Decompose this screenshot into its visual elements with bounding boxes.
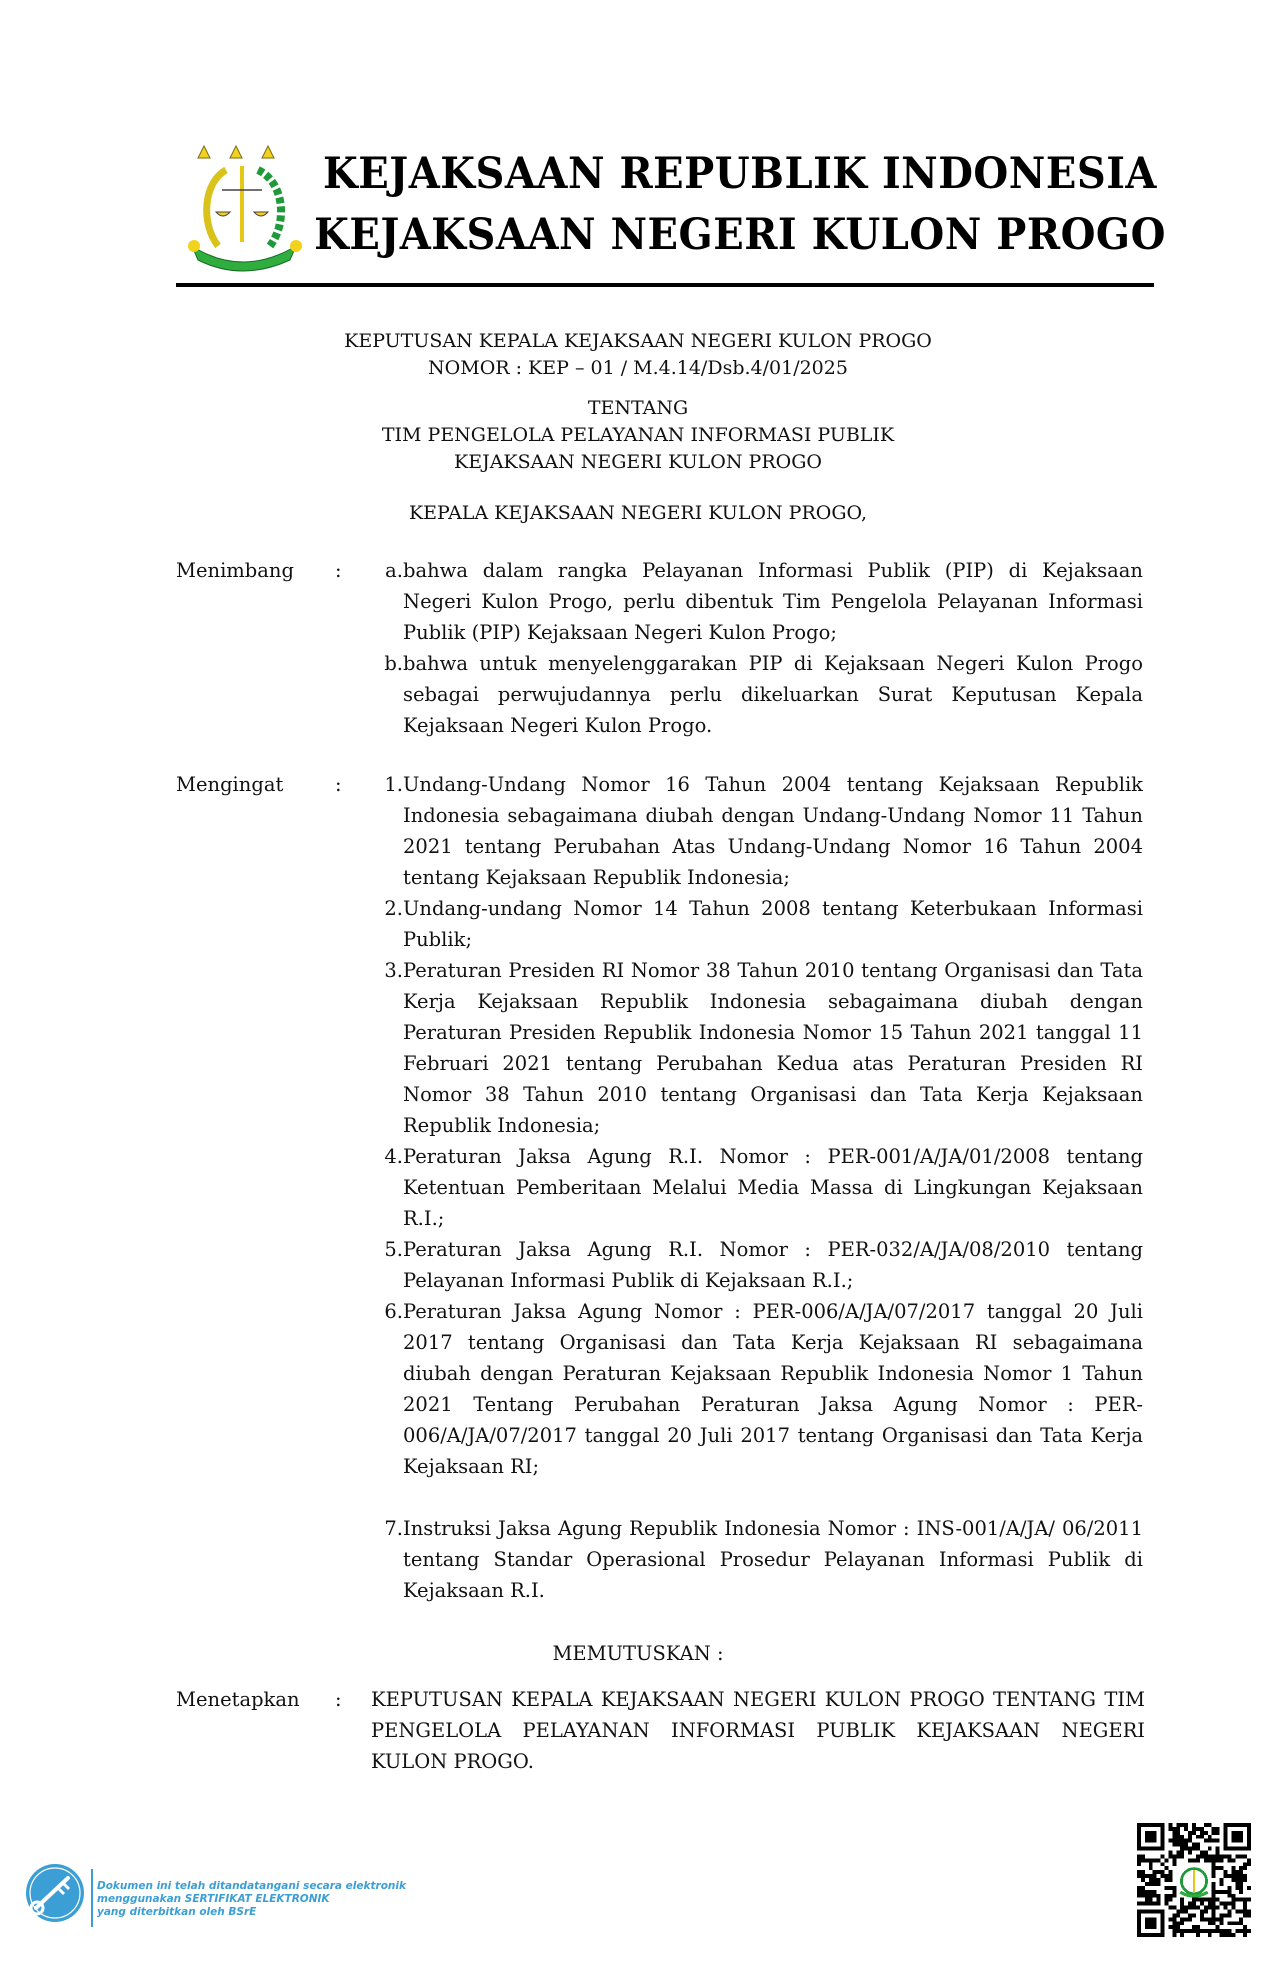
item-marker: 5. <box>367 1234 403 1265</box>
key-seal-icon <box>24 1862 86 1924</box>
esign-line-2: menggunakan SERTIFIKAT ELEKTRONIK <box>97 1893 406 1906</box>
item-text: Peraturan Jaksa Agung Nomor : PER-006/A/… <box>403 1296 1143 1482</box>
esign-line-3: yang diterbitkan oleh BSrE <box>97 1906 406 1919</box>
decree-issuer: KEPALA KEJAKSAAN NEGERI KULON PROGO, <box>0 500 1276 527</box>
esign-line-1: Dokumen ini telah ditandatangani secara … <box>97 1880 406 1893</box>
letterhead-divider <box>176 283 1154 287</box>
item-marker: b. <box>367 648 403 679</box>
letterhead-line-1: KEJAKSAAN REPUBLIK INDONESIA <box>300 148 1180 199</box>
item-text: bahwa untuk menyelenggarakan PIP di Keja… <box>403 648 1143 741</box>
mengingat-colon: : <box>335 769 342 800</box>
item-text: Undang-undang Nomor 14 Tahun 2008 tentan… <box>403 893 1143 955</box>
item-marker: 6. <box>367 1296 403 1327</box>
item-marker: 7. <box>367 1513 403 1544</box>
mengingat-item: 7. Instruksi Jaksa Agung Republik Indone… <box>367 1513 1145 1606</box>
item-marker: 4. <box>367 1141 403 1172</box>
decree-subject-line-1: TIM PENGELOLA PELAYANAN INFORMASI PUBLIK <box>0 422 1276 449</box>
item-text: Peraturan Jaksa Agung R.I. Nomor : PER-0… <box>403 1141 1143 1234</box>
esign-notice: Dokumen ini telah ditandatangani secara … <box>97 1880 406 1919</box>
item-marker: 2. <box>367 893 403 924</box>
mengingat-item: 3. Peraturan Presiden RI Nomor 38 Tahun … <box>367 955 1145 1141</box>
item-marker: 1. <box>367 769 403 800</box>
item-marker: a. <box>367 555 403 586</box>
mengingat-label: Mengingat <box>176 769 283 800</box>
letterhead-line-2: KEJAKSAAN NEGERI KULON PROGO <box>300 209 1180 260</box>
footer-divider <box>91 1869 93 1927</box>
kejaksaan-emblem-icon <box>186 142 304 277</box>
menetapkan-colon: : <box>335 1684 342 1715</box>
item-text: Undang-Undang Nomor 16 Tahun 2004 tentan… <box>403 769 1143 893</box>
item-text: Instruksi Jaksa Agung Republik Indonesia… <box>403 1513 1143 1606</box>
mengingat-item: 6. Peraturan Jaksa Agung Nomor : PER-006… <box>367 1296 1145 1482</box>
decree-title: KEPUTUSAN KEPALA KEJAKSAAN NEGERI KULON … <box>0 328 1276 355</box>
mengingat-item: 2. Undang-undang Nomor 14 Tahun 2008 ten… <box>367 893 1145 955</box>
menimbang-colon: : <box>335 555 342 586</box>
item-text: Peraturan Presiden RI Nomor 38 Tahun 201… <box>403 955 1143 1141</box>
mengingat-item: 4. Peraturan Jaksa Agung R.I. Nomor : PE… <box>367 1141 1145 1234</box>
decree-number: NOMOR : KEP – 01 / M.4.14/Dsb.4/01/2025 <box>0 355 1276 382</box>
menetapkan-text: KEPUTUSAN KEPALA KEJAKSAAN NEGERI KULON … <box>371 1684 1145 1777</box>
menimbang-item: b. bahwa untuk menyelenggarakan PIP di K… <box>367 648 1145 741</box>
item-text: bahwa dalam rangka Pelayanan Informasi P… <box>403 555 1143 648</box>
mengingat-item: 1. Undang-Undang Nomor 16 Tahun 2004 ten… <box>367 769 1145 893</box>
mengingat-item: 5. Peraturan Jaksa Agung R.I. Nomor : PE… <box>367 1234 1145 1296</box>
menimbang-label: Menimbang <box>176 555 294 586</box>
menimbang-item: a. bahwa dalam rangka Pelayanan Informas… <box>367 555 1145 648</box>
decree-subject-line-2: KEJAKSAAN NEGERI KULON PROGO <box>0 449 1276 476</box>
qr-code-icon <box>1137 1822 1251 1938</box>
item-text: Peraturan Jaksa Agung R.I. Nomor : PER-0… <box>403 1234 1143 1296</box>
decree-about: TENTANG <box>0 395 1276 422</box>
memutuskan-heading: MEMUTUSKAN : <box>0 1640 1276 1667</box>
item-marker: 3. <box>367 955 403 986</box>
menetapkan-label: Menetapkan <box>176 1684 300 1715</box>
